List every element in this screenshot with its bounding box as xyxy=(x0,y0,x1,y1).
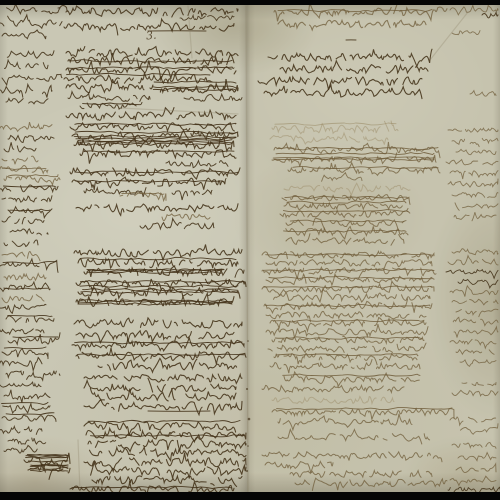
letterbox-top xyxy=(0,0,500,5)
manuscript-paper xyxy=(0,5,500,492)
right-page xyxy=(247,5,500,492)
manuscript-photo: 3. xyxy=(0,0,500,500)
section-number: 3. xyxy=(145,29,157,43)
letterbox-bottom xyxy=(0,492,500,500)
gutter-fold xyxy=(239,5,255,492)
